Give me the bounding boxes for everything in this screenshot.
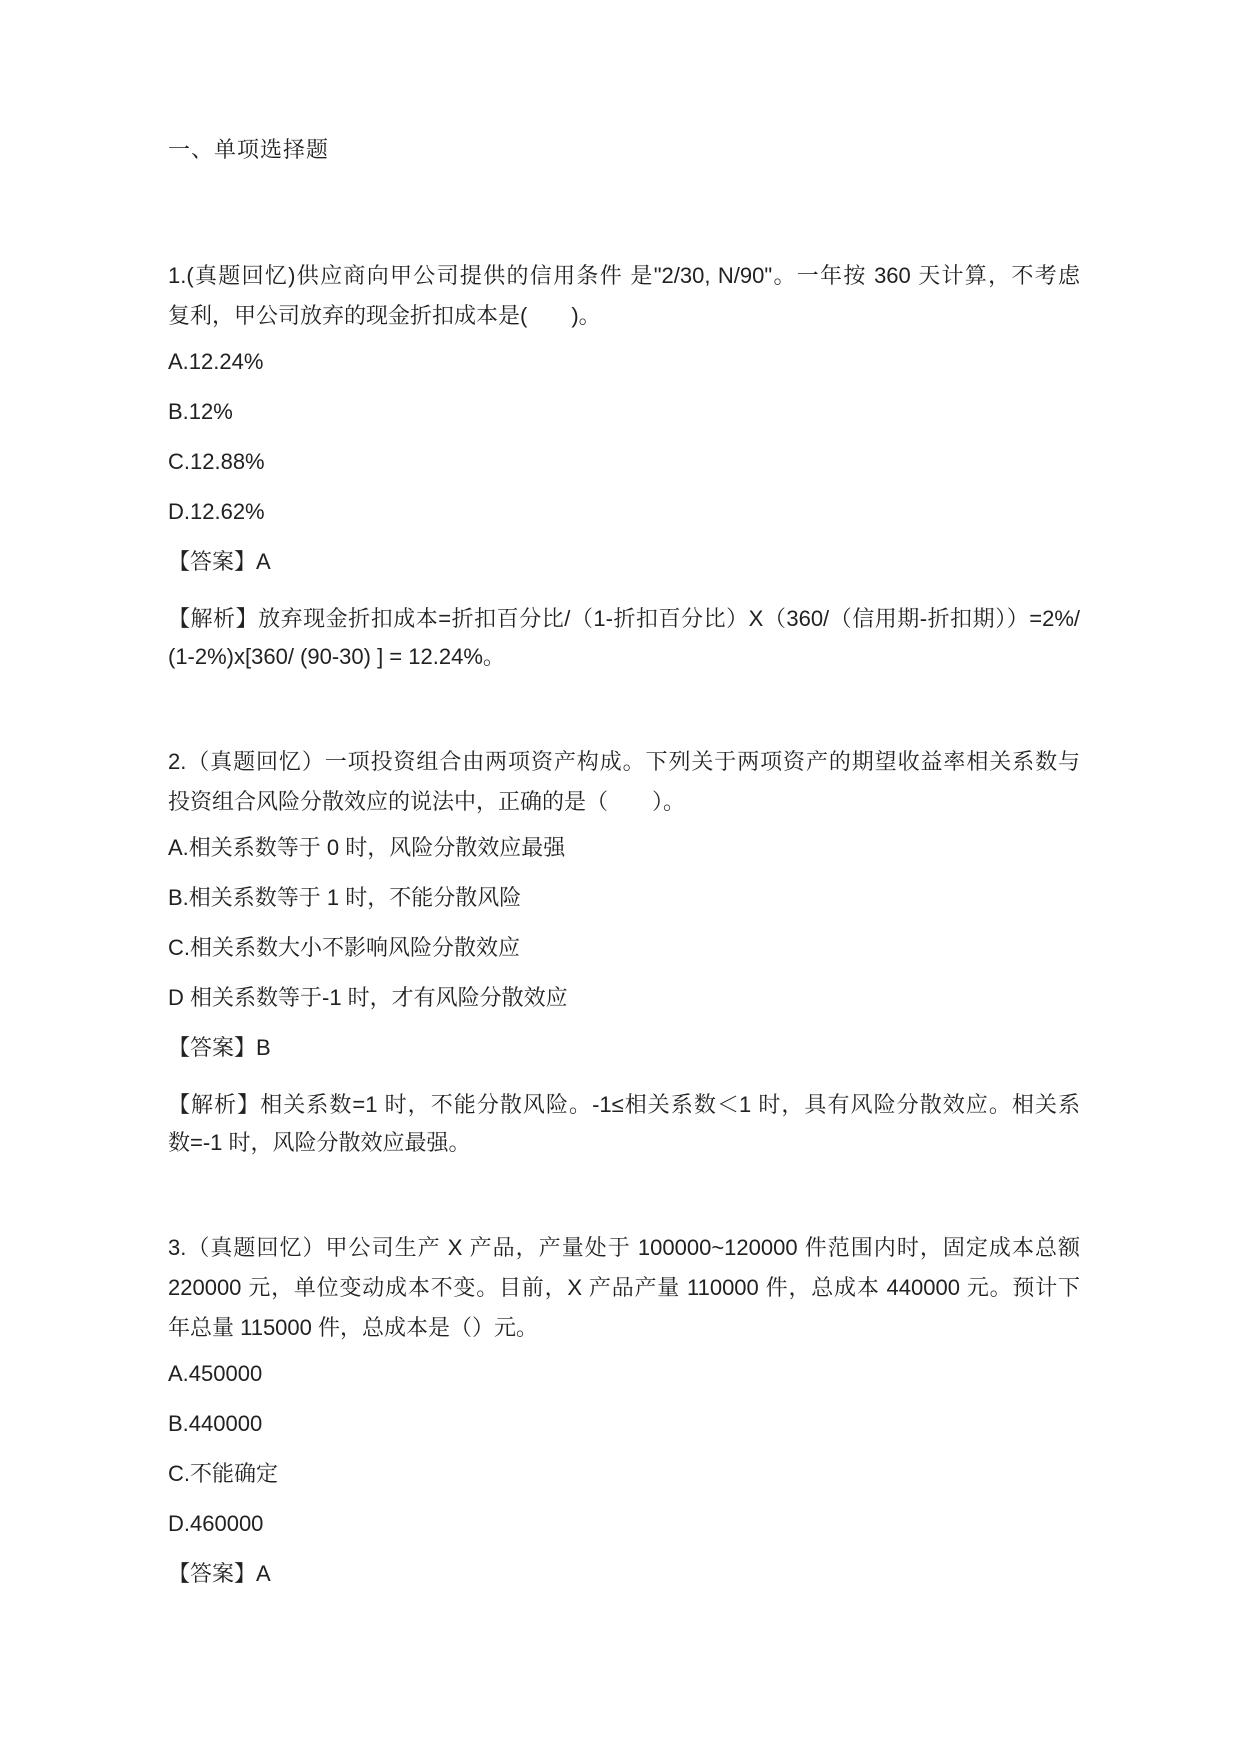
question-3-option-c: C.不能确定 <box>168 1462 1080 1486</box>
question-3-option-b: B.440000 <box>168 1412 1080 1436</box>
stem-line: 220000 元，单位变动成本不变。目前，X 产品产量 110000 件，总成本… <box>168 1268 1080 1308</box>
question-2-option-d: D 相关系数等于-1 时，才有风险分散效应 <box>168 986 1080 1010</box>
question-1-option-d: D.12.62% <box>168 500 1080 524</box>
question-1: 1.(真题回忆)供应商向甲公司提供的信用条件 是"2/30, N/90"。一年按… <box>168 256 1080 676</box>
question-1-analysis: 【解析】放弃现金折扣成本=折扣百分比/（1-折扣百分比）X（360/（信用期-折… <box>168 600 1080 676</box>
question-2-stem: 2.（真题回忆）一项投资组合由两项资产构成。下列关于两项资产的期望收益率相关系数… <box>168 742 1080 822</box>
analysis-line: 【解析】相关系数=1 时，不能分散风险。-1≤相关系数＜1 时，具有风险分散效应… <box>168 1086 1080 1124</box>
analysis-line: 【解析】放弃现金折扣成本=折扣百分比/（1-折扣百分比）X（360/（信用期-折… <box>168 600 1080 638</box>
question-3-option-d: D.460000 <box>168 1512 1080 1536</box>
question-3-option-a: A.450000 <box>168 1362 1080 1386</box>
document-page: 一、单项选择题 1.(真题回忆)供应商向甲公司提供的信用条件 是"2/30, N… <box>0 0 1242 1757</box>
question-1-option-a: A.12.24% <box>168 350 1080 374</box>
question-3-stem: 3.（真题回忆）甲公司生产 X 产品，产量处于 100000~120000 件范… <box>168 1228 1080 1348</box>
question-2: 2.（真题回忆）一项投资组合由两项资产构成。下列关于两项资产的期望收益率相关系数… <box>168 742 1080 1162</box>
section-heading: 一、单项选择题 <box>168 136 1080 164</box>
question-2-option-a: A.相关系数等于 0 时，风险分散效应最强 <box>168 836 1080 860</box>
stem-line: 3.（真题回忆）甲公司生产 X 产品，产量处于 100000~120000 件范… <box>168 1228 1080 1268</box>
question-1-option-c: C.12.88% <box>168 450 1080 474</box>
stem-line: 投资组合风险分散效应的说法中，正确的是（ ）。 <box>168 782 1080 822</box>
question-3-answer: 【答案】A <box>168 1562 1080 1586</box>
question-2-answer: 【答案】B <box>168 1036 1080 1060</box>
question-1-stem: 1.(真题回忆)供应商向甲公司提供的信用条件 是"2/30, N/90"。一年按… <box>168 256 1080 336</box>
analysis-line: 数=-1 时，风险分散效应最强。 <box>168 1124 1080 1162</box>
stem-line: 年总量 115000 件，总成本是（）元。 <box>168 1308 1080 1348</box>
stem-line: 1.(真题回忆)供应商向甲公司提供的信用条件 是"2/30, N/90"。一年按… <box>168 256 1080 296</box>
question-1-option-b: B.12% <box>168 400 1080 424</box>
stem-line: 复利，甲公司放弃的现金折扣成本是( )。 <box>168 296 1080 336</box>
question-1-answer: 【答案】A <box>168 550 1080 574</box>
analysis-line: (1-2%)x[360/ (90-30) ] = 12.24%。 <box>168 638 1080 676</box>
question-2-option-c: C.相关系数大小不影响风险分散效应 <box>168 936 1080 960</box>
question-2-analysis: 【解析】相关系数=1 时，不能分散风险。-1≤相关系数＜1 时，具有风险分散效应… <box>168 1086 1080 1162</box>
question-3: 3.（真题回忆）甲公司生产 X 产品，产量处于 100000~120000 件范… <box>168 1228 1080 1586</box>
stem-line: 2.（真题回忆）一项投资组合由两项资产构成。下列关于两项资产的期望收益率相关系数… <box>168 742 1080 782</box>
question-2-option-b: B.相关系数等于 1 时，不能分散风险 <box>168 886 1080 910</box>
